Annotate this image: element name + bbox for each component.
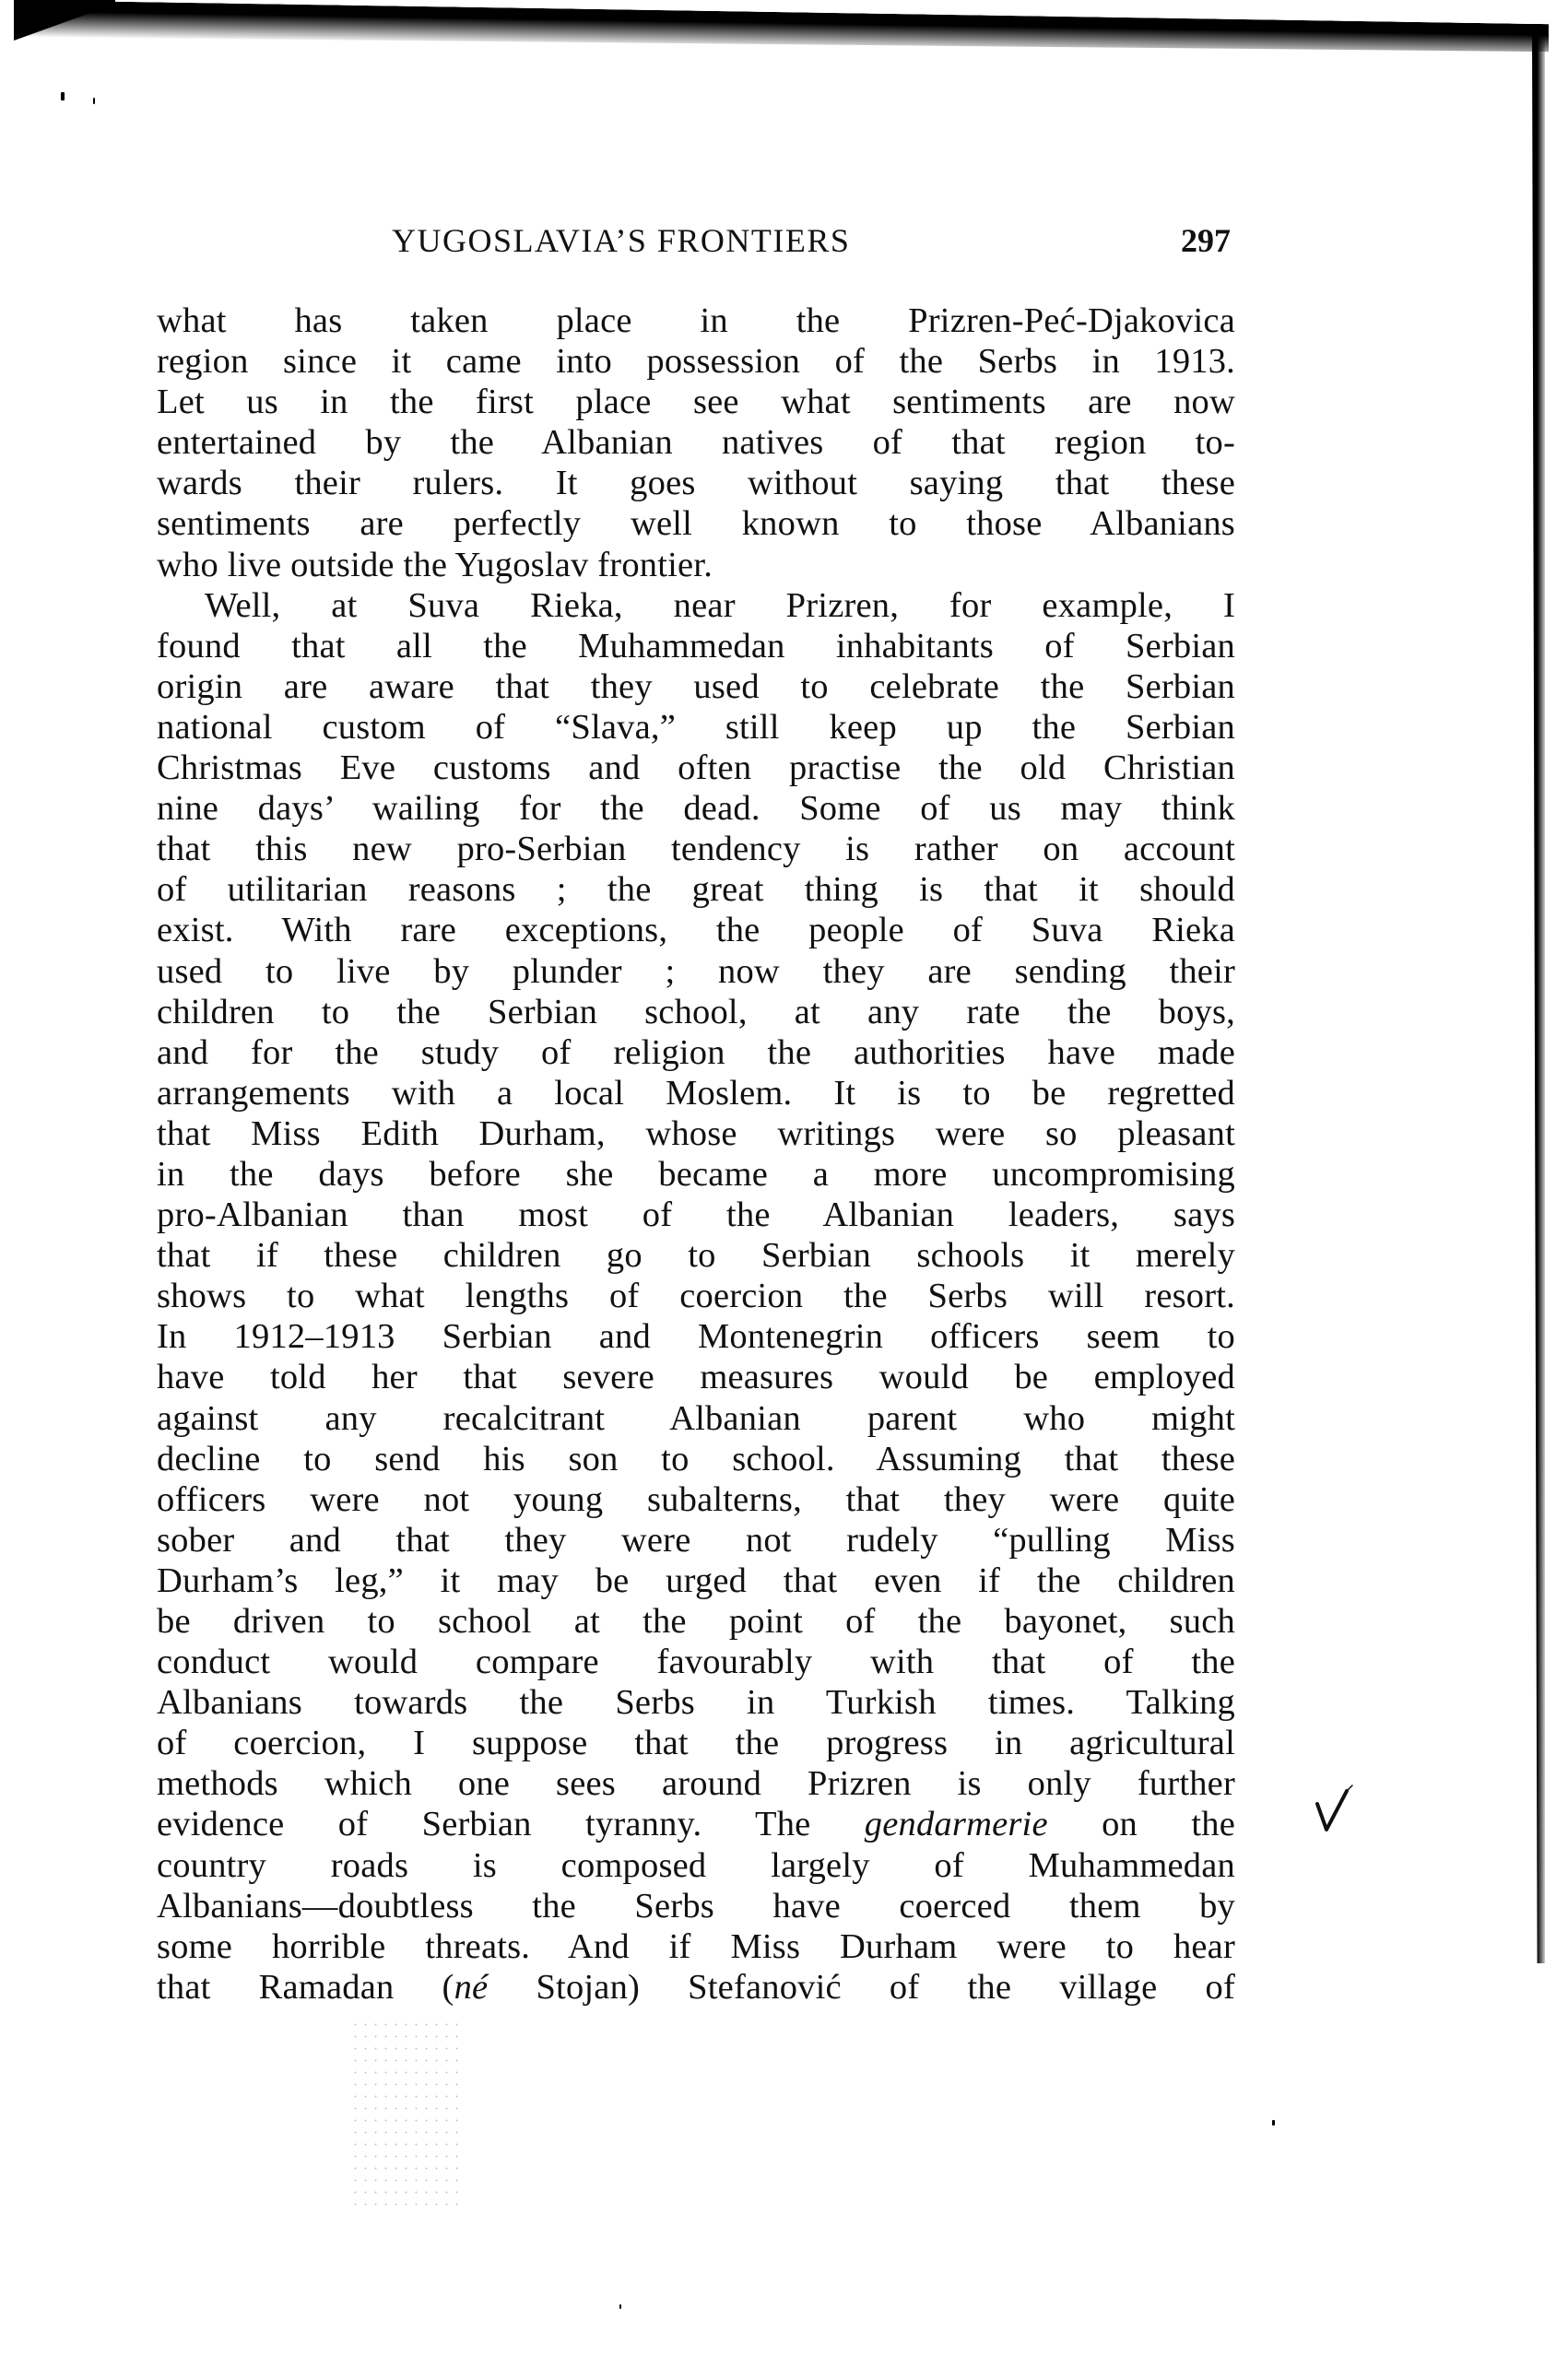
check-mark-icon — [1314, 1784, 1369, 1839]
italic-term: gendarmerie — [865, 1805, 1048, 1843]
text-line: In 1912–1913 Serbian and Montenegrin off… — [157, 1316, 1235, 1357]
text-line: wards their rulers. It goes without sayi… — [157, 463, 1235, 503]
text-line: decline to send his son to school. Assum… — [157, 1439, 1235, 1479]
text-line: nine days’ wailing for the dead. Some of… — [157, 788, 1235, 829]
scan-speck — [93, 98, 95, 104]
text-segment: Stojan) Stefanović of the village of — [488, 1968, 1235, 2007]
text-line: Albanians towards the Serbs in Turkish t… — [157, 1682, 1235, 1723]
text-line: against any recalcitrant Albanian parent… — [157, 1398, 1235, 1439]
text-line: Durham’s leg,” it may be urged that even… — [157, 1560, 1235, 1601]
scan-noise — [350, 2019, 461, 2212]
text-line: used to live by plunder ; now they are s… — [157, 951, 1235, 992]
italic-term: né — [454, 1968, 489, 2007]
text-line: that Ramadan (né Stojan) Stefanović of t… — [157, 1967, 1235, 2008]
text-line: some horrible threats. And if Miss Durha… — [157, 1926, 1235, 1967]
text-line: be driven to school at the point of the … — [157, 1601, 1235, 1642]
text-line: origin are aware that they used to celeb… — [157, 666, 1235, 707]
text-line: arrangements with a local Moslem. It is … — [157, 1073, 1235, 1113]
scan-speck — [1272, 2120, 1275, 2126]
text-line: exist. With rare exceptions, the people … — [157, 910, 1235, 950]
scan-speck — [619, 2304, 621, 2309]
text-line: conduct would compare favourably with th… — [157, 1642, 1235, 1682]
text-segment: that Ramadan ( — [157, 1968, 454, 2007]
text-line: in the days before she became a more unc… — [157, 1154, 1235, 1195]
scan-speck — [61, 92, 65, 100]
text-line: found that all the Muhammedan inhabitant… — [157, 626, 1235, 666]
scan-border-top — [14, 0, 1549, 61]
text-line: country roads is composed largely of Muh… — [157, 1845, 1235, 1886]
text-line: Christmas Eve customs and often practise… — [157, 748, 1235, 788]
text-segment: evidence of Serbian tyranny. The — [157, 1805, 865, 1843]
running-title: YUGOSLAVIA’S FRONTIERS — [392, 218, 850, 264]
text-segment: on the — [1048, 1805, 1235, 1843]
text-line: pro-Albanian than most of the Albanian l… — [157, 1195, 1235, 1235]
text-line: Albanians—doubtless the Serbs have coerc… — [157, 1886, 1235, 1926]
page-number: 297 — [1181, 218, 1231, 264]
running-head: YUGOSLAVIA’S FRONTIERS 297 — [364, 218, 1231, 264]
text-line: evidence of Serbian tyranny. The gendarm… — [157, 1804, 1235, 1844]
text-line: that if these children go to Serbian sch… — [157, 1235, 1235, 1276]
scan-border-right — [1532, 28, 1545, 1963]
text-line: officers were not young subalterns, that… — [157, 1479, 1235, 1520]
body-text: what has taken place in the Prizren-Peć-… — [157, 300, 1235, 2008]
text-line: sentiments are perfectly well known to t… — [157, 503, 1235, 544]
text-line: sober and that they were not rudely “pul… — [157, 1520, 1235, 1560]
text-line: of utilitarian reasons ; the great thing… — [157, 869, 1235, 910]
text-line: and for the study of religion the author… — [157, 1032, 1235, 1073]
paragraph-start-line: Well, at Suva Rieka, near Prizren, for e… — [157, 585, 1235, 626]
text-line: children to the Serbian school, at any r… — [157, 992, 1235, 1032]
text-line: methods which one sees around Prizren is… — [157, 1763, 1235, 1804]
text-line: of coercion, I suppose that the progress… — [157, 1723, 1235, 1763]
text-line: shows to what lengths of coercion the Se… — [157, 1276, 1235, 1316]
text-line: have told her that severe measures would… — [157, 1357, 1235, 1397]
text-line: region since it came into possession of … — [157, 341, 1235, 382]
text-line: entertained by the Albanian natives of t… — [157, 422, 1235, 463]
text-line: that this new pro-Serbian tendency is ra… — [157, 829, 1235, 869]
text-line: Let us in the first place see what senti… — [157, 382, 1235, 422]
text-line: national custom of “Slava,” still keep u… — [157, 707, 1235, 748]
text-line: that Miss Edith Durham, whose writings w… — [157, 1113, 1235, 1154]
text-line: who live outside the Yugoslav frontier. — [157, 545, 1235, 585]
text-line: what has taken place in the Prizren-Peć-… — [157, 300, 1235, 341]
